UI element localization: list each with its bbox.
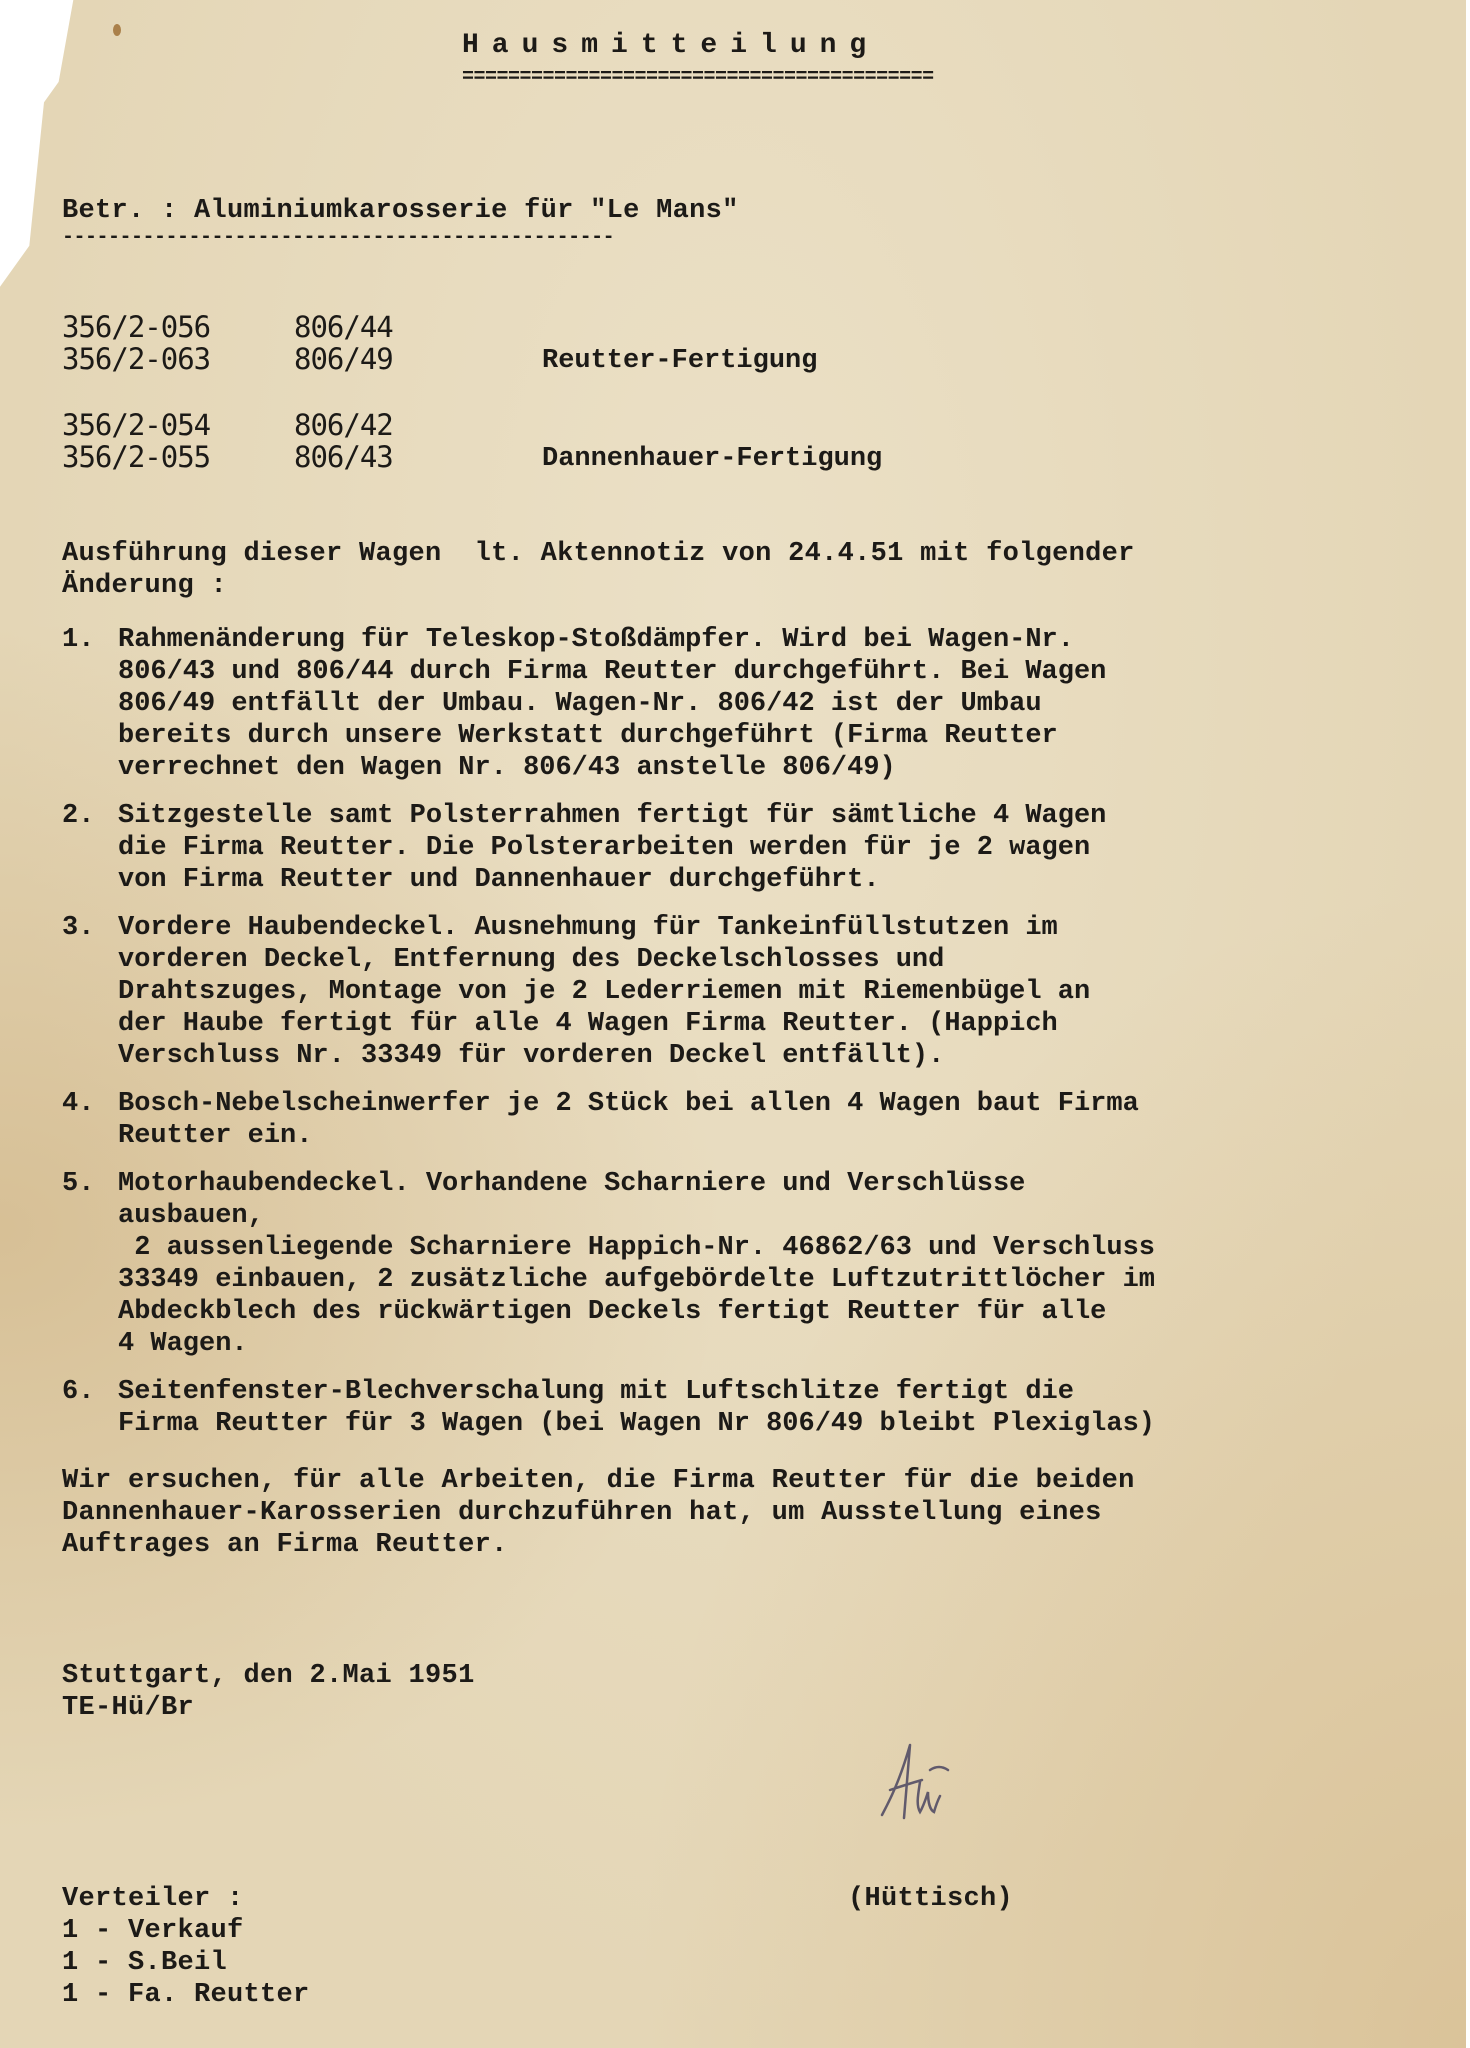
list-item: 5. Motorhaubendeckel. Vorhandene Scharni… bbox=[62, 1168, 1442, 1360]
item-number: 3. bbox=[62, 912, 118, 1072]
distribution-entry: 1 - S.Beil bbox=[62, 1948, 227, 1978]
place-and-date: Stuttgart, den 2.Mai 1951 bbox=[62, 1660, 475, 1692]
reference-row: 356/2-056 806/44 bbox=[62, 312, 882, 344]
list-item: 6. Seitenfenster-Blechverschalung mit Lu… bbox=[62, 1376, 1442, 1440]
reference-number: 356/2-054 bbox=[62, 408, 294, 442]
wagen-number: 806/44 bbox=[294, 310, 542, 344]
change-list: 1. Rahmenänderung für Teleskop-Stoßdämpf… bbox=[62, 624, 1442, 1456]
item-text: Motorhaubendeckel. Vorhandene Scharniere… bbox=[118, 1168, 1155, 1360]
wagen-number: 806/43 bbox=[294, 440, 542, 474]
item-text: Rahmenänderung für Teleskop-Stoßdämpfer.… bbox=[118, 624, 1106, 784]
list-item: 2. Sitzgestelle samt Polsterrahmen ferti… bbox=[62, 800, 1442, 896]
intro-paragraph: Ausführung dieser Wagen lt. Aktennotiz v… bbox=[62, 538, 1135, 602]
memo-title: Hausmitteilung bbox=[462, 30, 879, 62]
item-text: Bosch-Nebelscheinwerfer je 2 Stück bei a… bbox=[118, 1088, 1139, 1152]
item-text: Sitzgestelle samt Polsterrahmen fertigt … bbox=[118, 800, 1106, 896]
manufacturer: Dannenhauer-Fertigung bbox=[542, 444, 882, 474]
item-text: Seitenfenster-Blechverschalung mit Lufts… bbox=[118, 1376, 1155, 1440]
item-text: Vordere Haubendeckel. Ausnehmung für Tan… bbox=[118, 912, 1090, 1072]
distribution-label: Verteiler : bbox=[62, 1884, 244, 1914]
list-item: 3. Vordere Haubendeckel. Ausnehmung für … bbox=[62, 912, 1442, 1072]
reference-row: 356/2-054 806/42 bbox=[62, 410, 882, 442]
item-number: 4. bbox=[62, 1088, 118, 1152]
title-underline: ========================================… bbox=[462, 62, 934, 94]
item-number: 2. bbox=[62, 800, 118, 896]
reference-table: 356/2-056 806/44 356/2-063 806/49 Reutte… bbox=[62, 312, 882, 474]
distribution-list: Verteiler : 1 - Verkauf 1 - S.Beil 1 - F… bbox=[62, 1883, 310, 2011]
item-number: 5. bbox=[62, 1168, 118, 1360]
handwritten-signature-icon bbox=[860, 1720, 990, 1830]
distribution-entry: 1 - Verkauf bbox=[62, 1916, 244, 1946]
list-item: 1. Rahmenänderung für Teleskop-Stoßdämpf… bbox=[62, 624, 1442, 784]
wagen-number: 806/49 bbox=[294, 342, 542, 376]
subject-underline: ----------------------------------------… bbox=[62, 222, 614, 254]
item-number: 1. bbox=[62, 624, 118, 784]
manufacturer: Reutter-Fertigung bbox=[542, 346, 817, 376]
paper-stain bbox=[113, 24, 121, 36]
reference-number: 356/2-056 bbox=[62, 310, 294, 344]
item-number: 6. bbox=[62, 1376, 118, 1440]
signer-name: (Hüttisch) bbox=[848, 1883, 1013, 1915]
reference-number: 356/2-063 bbox=[62, 342, 294, 376]
distribution-entry: 1 - Fa. Reutter bbox=[62, 1980, 310, 2010]
list-item: 4. Bosch-Nebelscheinwerfer je 2 Stück be… bbox=[62, 1088, 1442, 1152]
reference-code: TE-Hü/Br bbox=[62, 1692, 194, 1724]
closing-paragraph: Wir ersuchen, für alle Arbeiten, die Fir… bbox=[62, 1465, 1135, 1561]
wagen-number: 806/42 bbox=[294, 408, 542, 442]
reference-row: 356/2-055 806/43 Dannenhauer-Fertigung bbox=[62, 442, 882, 474]
reference-row: 356/2-063 806/49 Reutter-Fertigung bbox=[62, 344, 882, 376]
reference-number: 356/2-055 bbox=[62, 440, 294, 474]
